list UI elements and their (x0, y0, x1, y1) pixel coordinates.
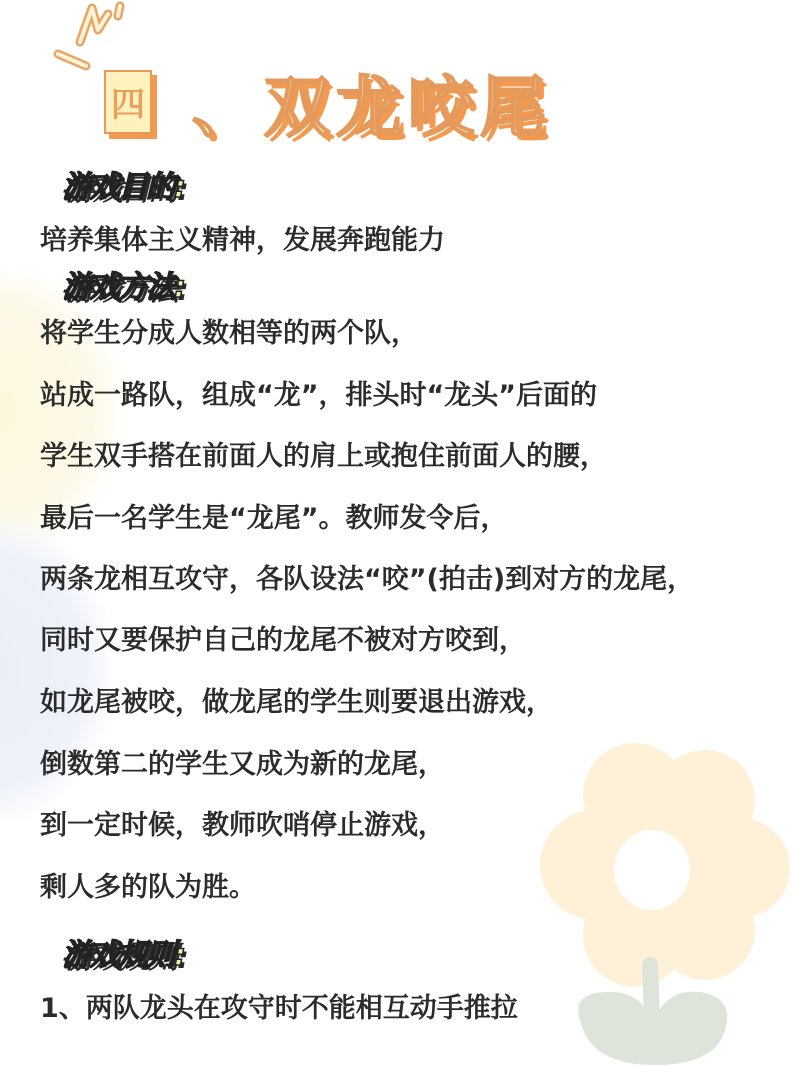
method-line: 同时又要保护自己的龙尾不被对方咬到， (40, 618, 526, 657)
method-line: 站成一路队，组成“龙”，排头时“龙头”后面的 (40, 373, 597, 412)
heading-purpose: 游戏目的: (62, 162, 184, 206)
method-line: 最后一名学生是“龙尾”。教师发令后， (40, 496, 508, 535)
flower-illustration-icon (540, 720, 800, 1067)
heading-method: 游戏方法: (62, 262, 184, 306)
method-line: 如龙尾被咬，做龙尾的学生则要退出游戏， (40, 680, 553, 719)
method-line: 两条龙相互攻守，各队设法“咬”(拍击)到对方的龙尾， (40, 557, 694, 596)
title-separator: 、 (192, 69, 264, 146)
method-line: 倒数第二的学生又成为新的龙尾， (40, 742, 445, 781)
title-number-badge: 四 (104, 70, 152, 134)
title-main: 双龙咬尾 (264, 69, 552, 146)
page-title: 四 、双龙咬尾 (104, 54, 552, 149)
rules-line: 1、两队龙头在攻守时不能相互动手推拉 (40, 986, 518, 1025)
purpose-line: 培养集体主义精神，发展奔跑能力 (40, 218, 445, 257)
method-line: 将学生分成人数相等的两个队， (40, 311, 418, 350)
heading-rules: 游戏规则: (62, 930, 184, 974)
title-text: 、双龙咬尾 (192, 54, 552, 149)
method-line: 学生双手搭在前面人的肩上或抱住前面人的腰， (40, 434, 607, 473)
method-line: 剩人多的队为胜。 (40, 865, 256, 904)
method-line: 到一定时候，教师吹哨停止游戏， (40, 803, 445, 842)
